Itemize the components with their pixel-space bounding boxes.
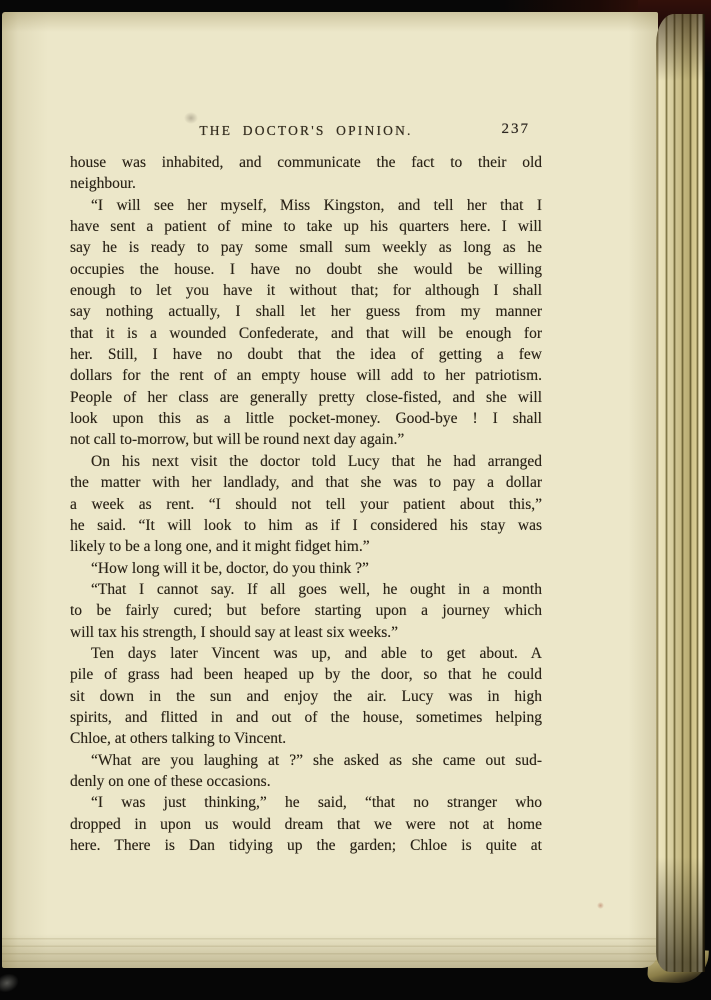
text-block: house was inhabited, and communicate the… (70, 152, 542, 856)
text-line: dropped in upon us would dream that we w… (70, 814, 542, 835)
text-line: will tax his strength, I should say at l… (70, 622, 542, 643)
bottom-left-highlight (0, 970, 21, 995)
text-line: “That I cannot say. If all goes well, he… (70, 579, 542, 600)
text-line: house was inhabited, and communicate the… (70, 152, 542, 173)
paper-smudge (184, 112, 198, 124)
text-line: Chloe, at others talking to Vincent. (70, 728, 542, 749)
text-line: denly on one of these occasions. (70, 771, 542, 792)
page-edge-streaks (2, 932, 658, 962)
text-line: neighbour. (70, 173, 542, 194)
page-header: THE DOCTOR'S OPINION. 237 (70, 123, 542, 143)
text-line: pile of grass had been heaped up by the … (70, 664, 542, 685)
text-line: he said. “It will look to him as if I co… (70, 515, 542, 536)
text-line: a week as rent. “I should not tell your … (70, 494, 542, 515)
text-line: enough to let you have it without that; … (70, 280, 542, 301)
running-title: THE DOCTOR'S OPINION. (70, 123, 542, 139)
text-line: to be fairly cured; but before starting … (70, 600, 542, 621)
text-line: the matter with her landlady, and that s… (70, 472, 542, 493)
text-line: not call to-morrow, but will be round ne… (70, 429, 542, 450)
text-line: have sent a patient of mine to take up h… (70, 216, 542, 237)
page-number: 237 (502, 121, 531, 138)
book-page-scan: THE DOCTOR'S OPINION. 237 house was inha… (0, 0, 711, 1000)
text-line: here. There is Dan tidying up the garden… (70, 835, 542, 856)
text-line: sit down in the sun and enjoy the air. L… (70, 686, 542, 707)
text-line: look upon this as a little pocket-money.… (70, 408, 542, 429)
text-line: “How long will it be, doctor, do you thi… (70, 558, 542, 579)
text-line: her. Still, I have no doubt that the ide… (70, 344, 542, 365)
text-line: occupies the house. I have no doubt she … (70, 259, 542, 280)
text-line: On his next visit the doctor told Lucy t… (70, 451, 542, 472)
text-line: say nothing actually, I shall let her gu… (70, 301, 542, 322)
text-line: “I was just thinking,” he said, “that no… (70, 792, 542, 813)
text-line: likely to be a long one, and it might fi… (70, 536, 542, 557)
paper-smudge (597, 902, 604, 909)
book-page: THE DOCTOR'S OPINION. 237 house was inha… (2, 12, 658, 968)
text-line: dollars for the rent of an empty house w… (70, 365, 542, 386)
text-line: that it is a wounded Confederate, and th… (70, 323, 542, 344)
text-line: spirits, and flitted in and out of the h… (70, 707, 542, 728)
text-line: say he is ready to pay some small sum we… (70, 237, 542, 258)
text-line: “What are you laughing at ?” she asked a… (70, 750, 542, 771)
text-line: People of her class are generally pretty… (70, 387, 542, 408)
fore-edge-page-stack (656, 14, 705, 972)
text-line: Ten days later Vincent was up, and able … (70, 643, 542, 664)
text-line: “I will see her myself, Miss Kingston, a… (70, 195, 542, 216)
